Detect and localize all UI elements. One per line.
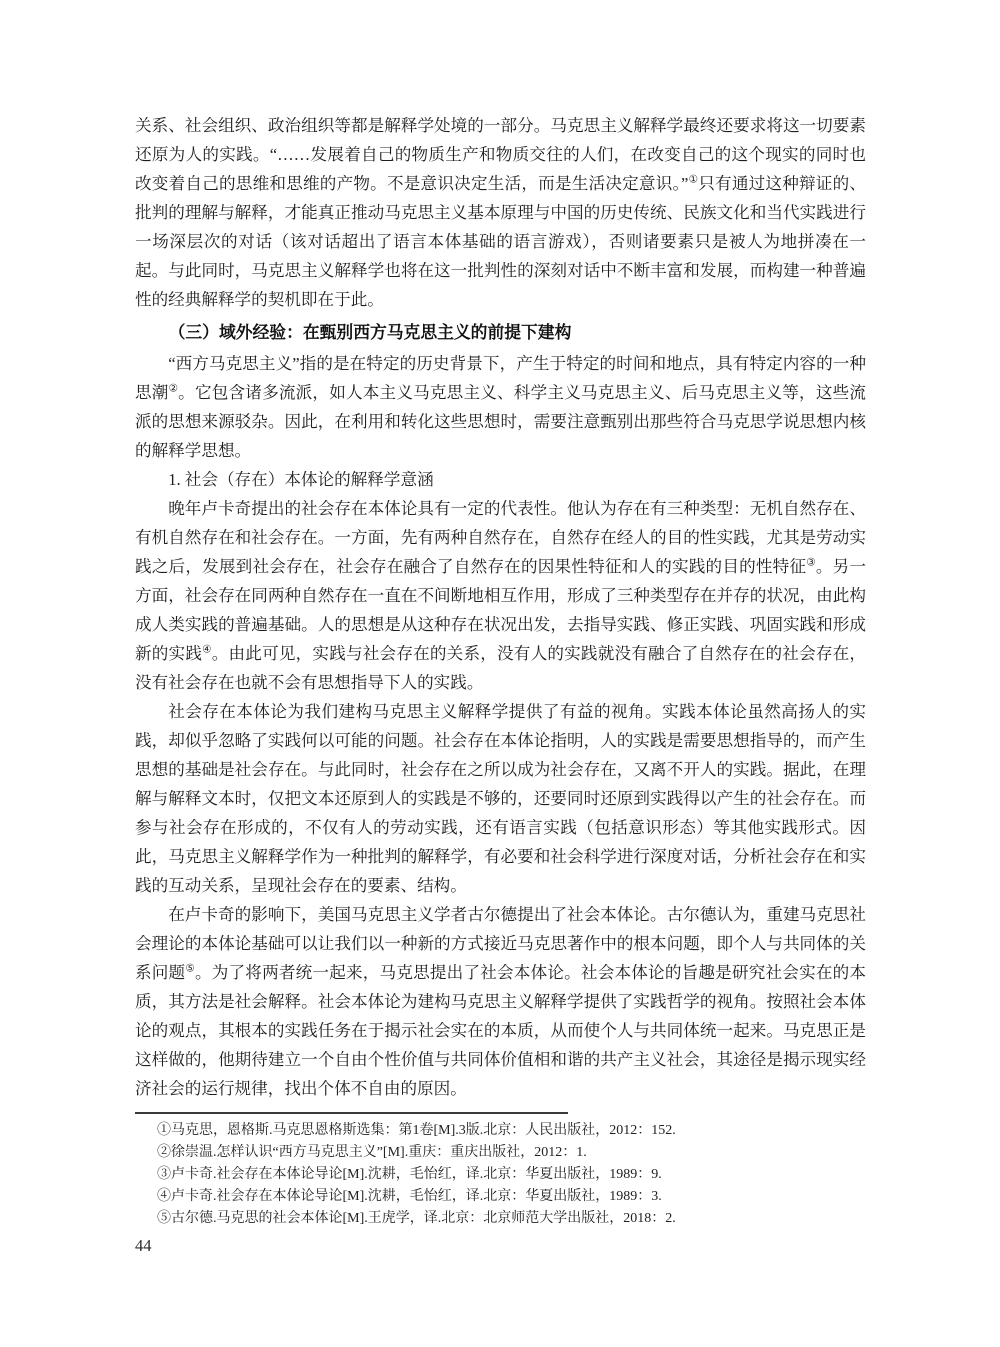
paragraph-western-marxism: “西方马克思主义”指的是在特定的历史背景下，产生于特定的时间和地点，具有特定内容…	[135, 349, 866, 465]
footnote-5: ⑤古尔德.马克思的社会本体论[M].王虎学，译.北京：北京师范大学出版社，201…	[135, 1208, 866, 1230]
paragraph-hermeneutics-intro: 关系、社会组织、政治组织等都是解释学处境的一部分。马克思主义解释学最终还要求将这…	[135, 111, 866, 314]
paragraph-text: 。它包含诸多流派，如人本主义马克思主义、科学主义马克思主义、后马克思主义等，这些…	[135, 383, 866, 460]
paragraph-text: 社会存在本体论为我们建构马克思主义解释学提供了有益的视角。实践本体论虽然高扬人的…	[135, 702, 866, 895]
footnotes-section: ①马克思，恩格斯.马克思恩格斯选集：第1卷[M].3版.北京：人民出版社，201…	[135, 1112, 866, 1230]
page-number: 44	[135, 1236, 152, 1256]
footnote-1: ①马克思，恩格斯.马克思恩格斯选集：第1卷[M].3版.北京：人民出版社，201…	[135, 1120, 866, 1142]
paragraph-text: 只有通过这种辩证的、批判的理解与解释，才能真正推动马克思主义基本原理与中国的历史…	[135, 174, 866, 309]
footnote-separator	[135, 1112, 568, 1114]
subsection-heading-social-ontology: 1. 社会（存在）本体论的解释学意涵	[135, 465, 866, 494]
footnote-ref-3: ③	[806, 557, 816, 568]
paragraph-text: 。为了将两者统一起来，马克思提出了社会本体论。社会本体论的旨趣是研究社会实在的本…	[135, 963, 866, 1098]
footnote-ref-1: ①	[688, 174, 698, 185]
section-heading-overseas-experience: （三）域外经验：在甄别西方马克思主义的前提下建构	[135, 318, 866, 347]
paragraph-text: 。由此可见，实践与社会存在的关系，没有人的实践就没有融合了自然存在的社会存在，没…	[135, 644, 866, 692]
footnote-2: ②徐崇温.怎样认识“西方马克思主义”[M].重庆：重庆出版社，2012：1.	[135, 1142, 866, 1164]
footnote-ref-5: ⑤	[185, 963, 195, 974]
footnote-ref-2: ②	[169, 383, 179, 394]
footnote-ref-4: ④	[202, 644, 212, 655]
paragraph-text: 晚年卢卡奇提出的社会存在本体论具有一定的代表性。他认为存在有三种类型：无机自然存…	[135, 499, 866, 576]
document-page: 关系、社会组织、政治组织等都是解释学处境的一部分。马克思主义解释学最终还要求将这…	[0, 0, 1000, 1347]
footnote-4: ④卢卡奇.社会存在本体论导论[M].沈耕，毛怡红，译.北京：华夏出版社，1989…	[135, 1186, 866, 1208]
paragraph-ontology-perspective: 社会存在本体论为我们建构马克思主义解释学提供了有益的视角。实践本体论虽然高扬人的…	[135, 697, 866, 900]
footnote-3: ③卢卡奇.社会存在本体论导论[M].沈耕，毛怡红，译.北京：华夏出版社，1989…	[135, 1164, 866, 1186]
page-content: 关系、社会组织、政治组织等都是解释学处境的一部分。马克思主义解释学最终还要求将这…	[135, 111, 866, 1103]
paragraph-gould-social-ontology: 在卢卡奇的影响下，美国马克思主义学者古尔德提出了社会本体论。古尔德认为，重建马克…	[135, 900, 866, 1103]
paragraph-lukacs-social-being: 晚年卢卡奇提出的社会存在本体论具有一定的代表性。他认为存在有三种类型：无机自然存…	[135, 494, 866, 697]
